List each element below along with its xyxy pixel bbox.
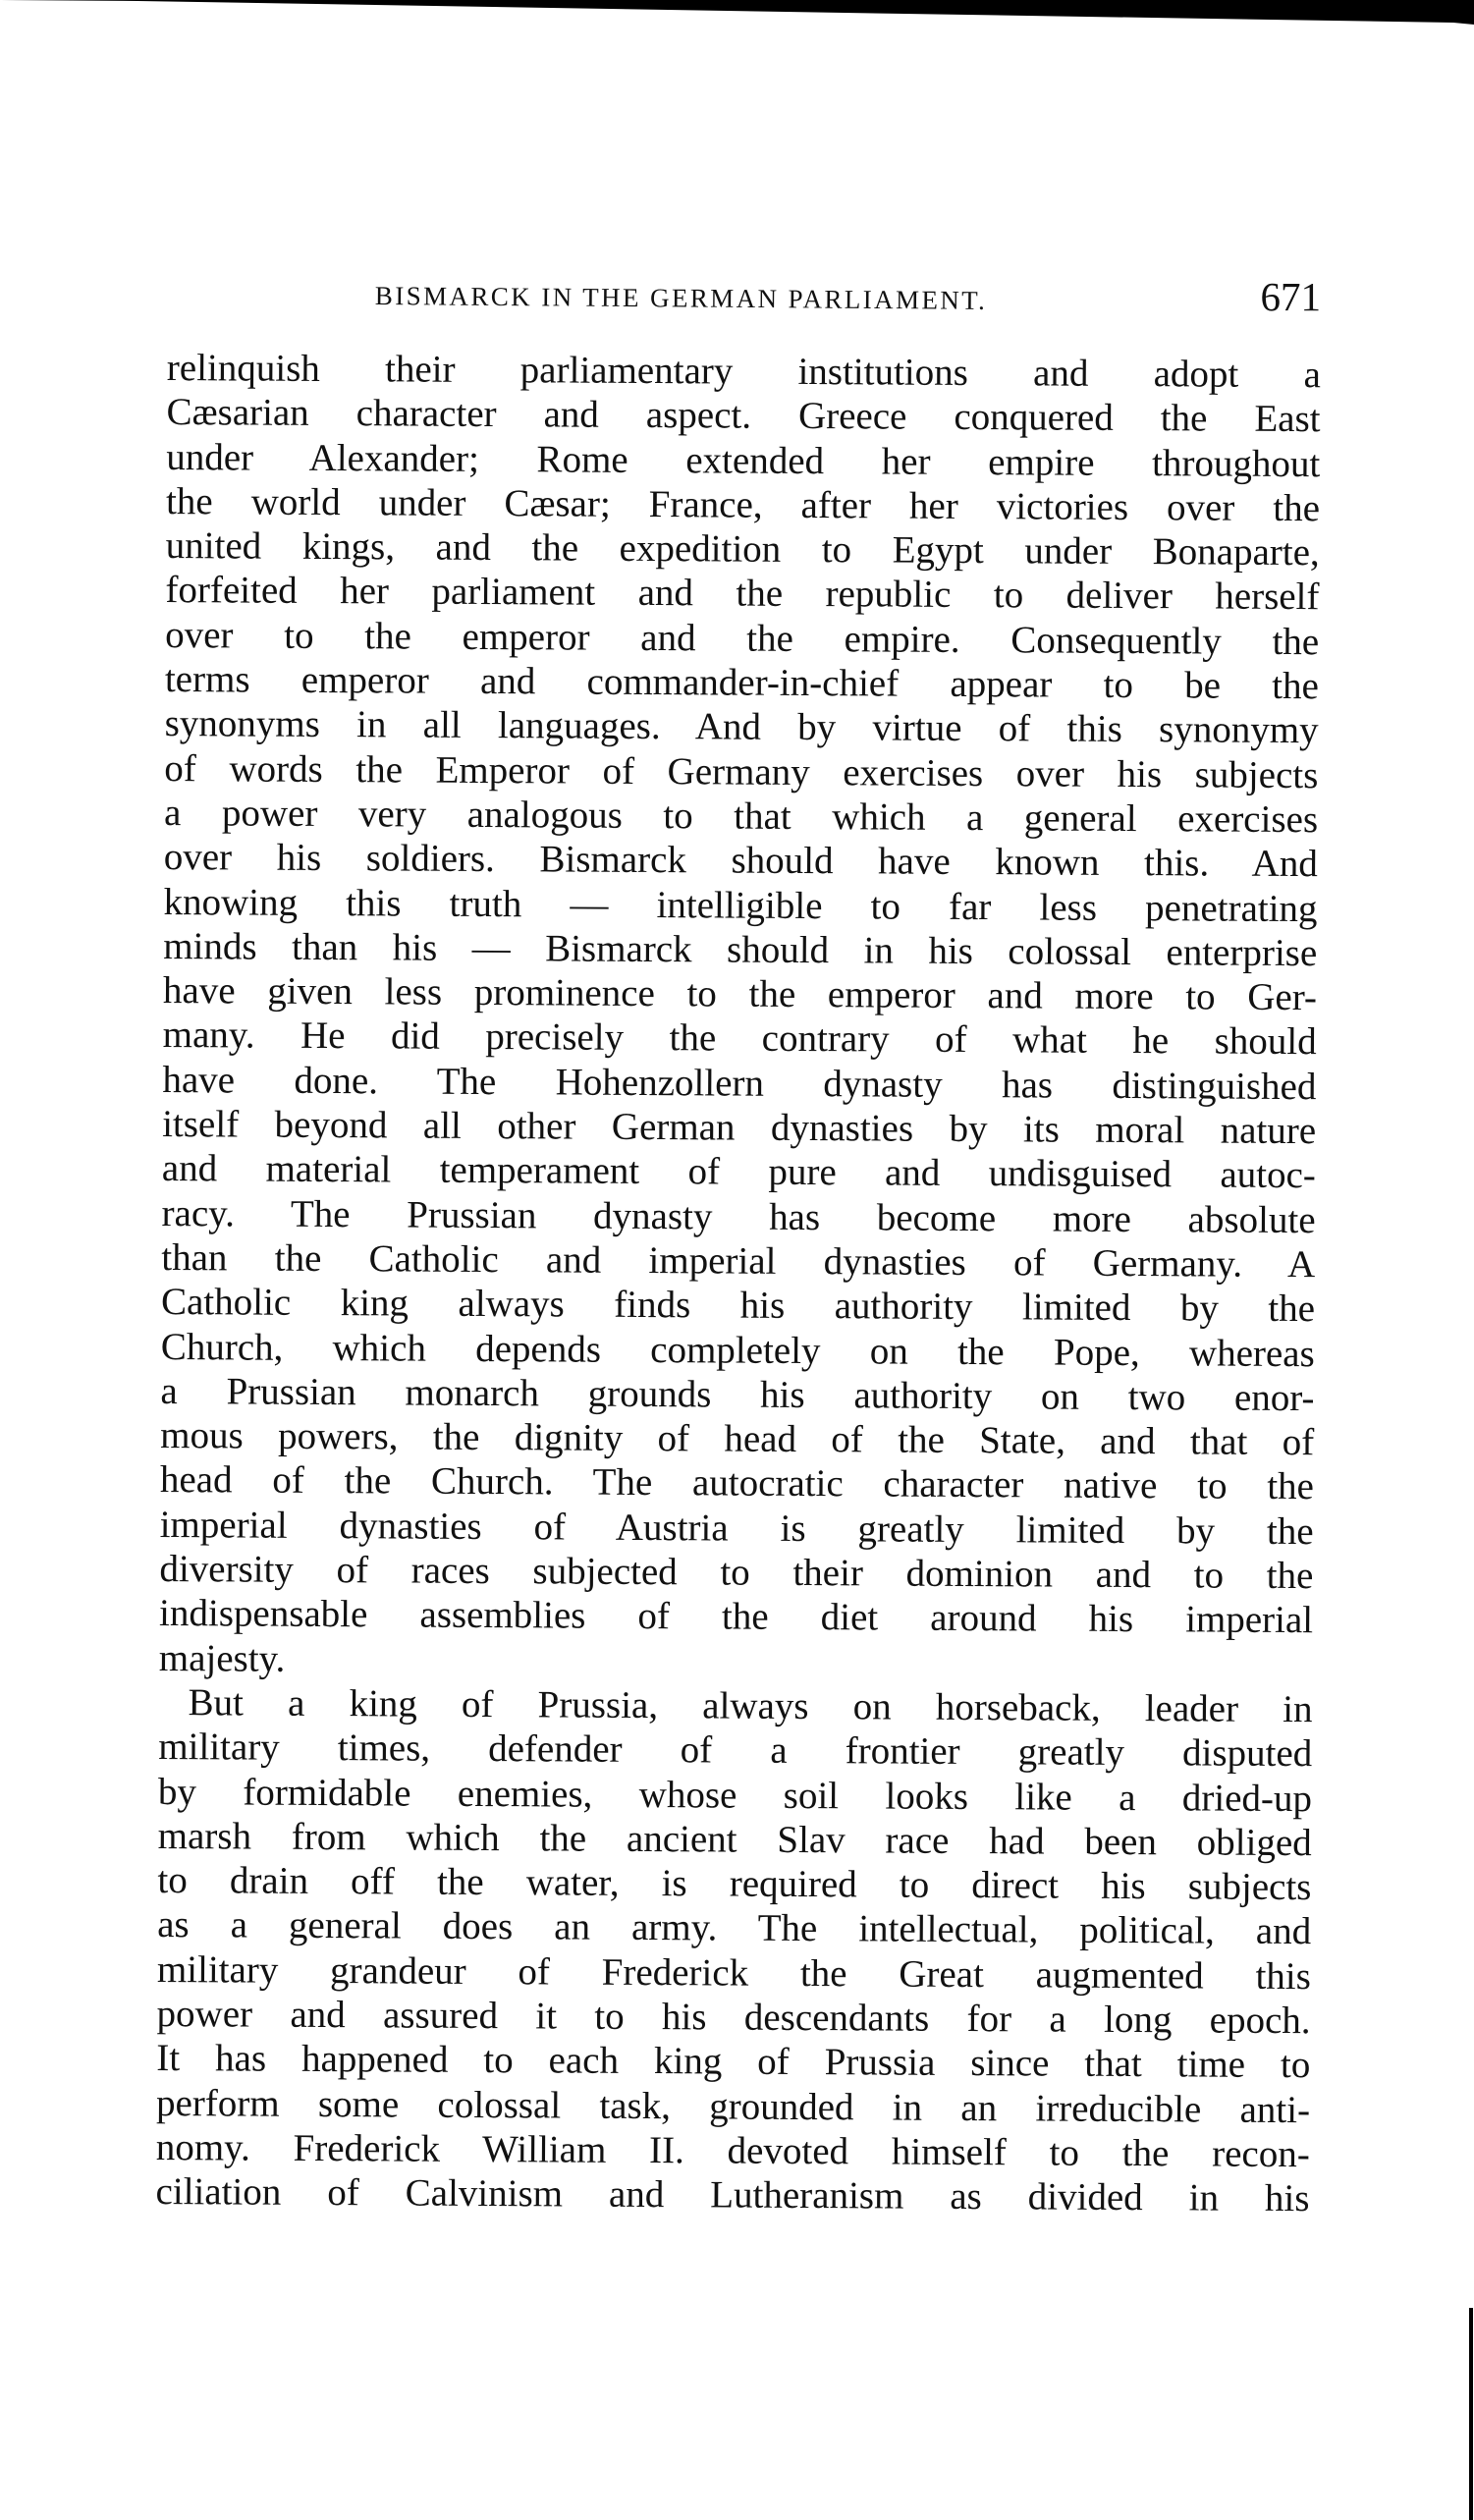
text-line: than the Catholic and imperial dynasties… xyxy=(161,1235,1315,1287)
text-line: and material temperament of pure and und… xyxy=(162,1146,1316,1197)
text-line: knowing this truth — intelligible to far… xyxy=(163,880,1317,931)
text-line: perform some colossal task, grounded in … xyxy=(156,2081,1310,2132)
page-number: 671 xyxy=(1261,273,1322,320)
text-line: majesty. xyxy=(159,1636,1313,1687)
text-line: by formidable enemies, whose soil looks … xyxy=(158,1769,1312,1820)
text-line: a Prussian monarch grounds his authority… xyxy=(160,1369,1314,1420)
scan-edge-shadow xyxy=(0,0,1474,29)
text-line: Church, which depends completely on the … xyxy=(161,1325,1315,1376)
text-line: nomy. Frederick William II. devoted hims… xyxy=(156,2125,1310,2176)
text-line: military times, defender of a frontier g… xyxy=(158,1725,1312,1776)
text-line: many. He did precisely the contrary of w… xyxy=(163,1013,1317,1064)
text-line: minds than his — Bismarck should in his … xyxy=(163,924,1317,975)
text-line: forfeited her parliament and the republi… xyxy=(165,568,1319,619)
body-text: relinquish their parliamentary instituti… xyxy=(155,346,1321,2221)
text-line: diversity of races subjected to their do… xyxy=(159,1547,1313,1598)
text-line: synonyms in all languages. And by virtue… xyxy=(165,701,1319,752)
text-line: as a general does an army. The intellect… xyxy=(157,1902,1311,1953)
text-line: united kings, and the expedition to Egyp… xyxy=(166,523,1320,575)
text-line: itself beyond all other German dynasties… xyxy=(162,1102,1316,1153)
page-header: BISMARCK IN THE GERMAN PARLIAMENT. 671 xyxy=(167,273,1321,322)
text-line: to drain off the water, is required to d… xyxy=(157,1858,1311,1909)
text-line: Cæsarian character and aspect. Greece co… xyxy=(166,390,1320,441)
text-line: mous powers, the dignity of head of the … xyxy=(160,1413,1314,1464)
paragraph-1: relinquish their parliamentary instituti… xyxy=(159,346,1321,1687)
text-line: marsh from which the ancient Slav race h… xyxy=(158,1814,1312,1865)
text-line: imperial dynasties of Austria is greatly… xyxy=(160,1503,1314,1554)
running-head: BISMARCK IN THE GERMAN PARLIAMENT. xyxy=(375,281,988,316)
text-line: over his soldiers. Bismarck should have … xyxy=(164,835,1318,886)
text-line: It has happened to each king of Prussia … xyxy=(156,2036,1310,2087)
text-line: But a king of Prussia, always on horseba… xyxy=(158,1680,1312,1731)
text-line: over to the emperor and the empire. Cons… xyxy=(165,613,1319,664)
text-line: military grandeur of Frederick the Great… xyxy=(157,1947,1311,1999)
text-line: have done. The Hohenzollern dynasty has … xyxy=(162,1058,1316,1109)
text-line: have given less prominence to the empero… xyxy=(163,968,1317,1019)
text-line: head of the Church. The autocratic chara… xyxy=(160,1457,1314,1508)
text-line: a power very analogous to that which a g… xyxy=(164,791,1318,842)
text-line: terms emperor and commander-in-chief app… xyxy=(165,657,1319,708)
text-line: power and assured it to his descendants … xyxy=(156,1992,1310,2043)
text-line: the world under Cæsar; France, after her… xyxy=(166,479,1320,530)
paragraph-2: But a king of Prussia, always on horseba… xyxy=(155,1680,1312,2221)
text-line: under Alexander; Rome extended her empir… xyxy=(166,435,1320,486)
scan-edge-line xyxy=(1469,2308,1473,2520)
text-line: indispensable assemblies of the diet aro… xyxy=(159,1591,1313,1642)
text-line: of words the Emperor of Germany exercise… xyxy=(164,746,1318,797)
text-line: Catholic king always finds his authority… xyxy=(161,1280,1315,1331)
text-line: ciliation of Calvinism and Lutheranism a… xyxy=(155,2169,1309,2220)
text-line: racy. The Prussian dynasty has become mo… xyxy=(161,1191,1315,1242)
text-line: relinquish their parliamentary instituti… xyxy=(167,346,1321,397)
